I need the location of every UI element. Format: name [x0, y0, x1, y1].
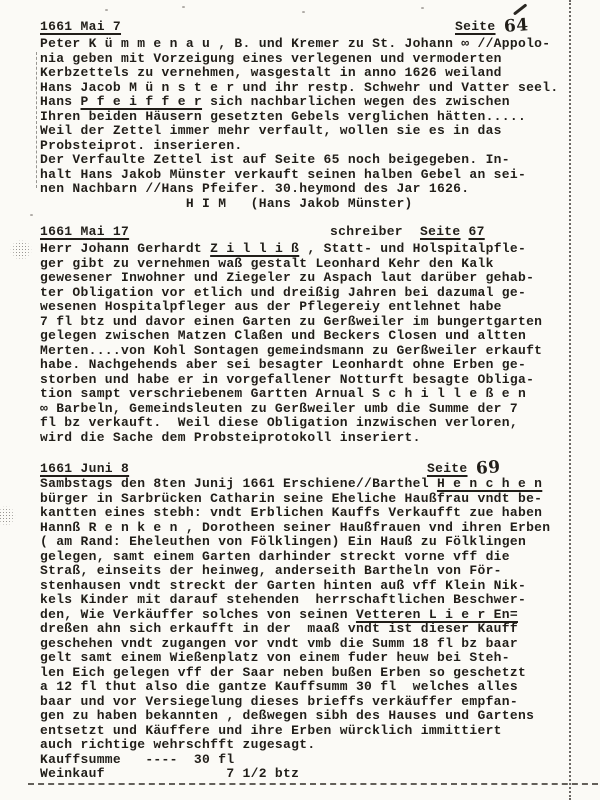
text-line: Merten....von Kohl Sontagen gemeindsmann…: [40, 344, 575, 359]
bottom-dashed-rule: [28, 783, 598, 785]
text-line: auch richtige wehrschfft zugesagt.: [40, 738, 575, 753]
entry-header: 1661 Mai 7 Seite64: [40, 19, 575, 37]
page-number-ref: Seite67: [420, 224, 485, 239]
text-segment: , Statt- und Holspitalpfle-: [299, 241, 526, 256]
text-line: 7 fl btz und davor einen Garten zu Gerßw…: [40, 315, 575, 330]
text-line: nen Nachbarn //Hans Pfeifer. 30.heymond …: [40, 182, 575, 197]
text-segment: Sambstags den 8ten Junij 1661 Erschiene/…: [40, 476, 437, 491]
text-line: wesenen Hospitalpfleger aus der Pflegere…: [40, 300, 575, 315]
underlined-name: Vetteren L i e r En=: [356, 607, 518, 622]
text-segment: Hans: [40, 94, 81, 109]
text-line: a 12 fl thut also die gantze Kauffsumm 3…: [40, 680, 575, 695]
page-ref-number-handwritten: 64: [503, 20, 528, 32]
text-line: habe. Nachgehends aber sei besagter Leon…: [40, 358, 575, 373]
text-line: nia geben mit Vorzeigung eines verlegene…: [40, 52, 575, 67]
text-line: kels Kinder mit darauf stehenden herrsch…: [40, 593, 575, 608]
text-line: den, Wie Verkäuffer solches von seinen V…: [40, 608, 575, 623]
text-line: ter Obligation vor etlich und dreißig Ja…: [40, 286, 575, 301]
entry-text: Sambstags den 8ten Junij 1661 Erschiene/…: [40, 477, 575, 782]
scan-speckle: [421, 7, 424, 9]
text-segment: sich nachbarlichen wegen des zwischen: [202, 94, 510, 109]
underlined-name: H e n c h e n: [437, 476, 542, 491]
text-line: Hans P f e i f f e r sich nachbarlichen …: [40, 95, 575, 110]
page-ref-number-handwritten: 69: [475, 462, 500, 474]
text-line: geschehen vndt zugangen vor vndt vmb die…: [40, 637, 575, 652]
text-line: Ihren beiden Häusern gesetzten Gebels ve…: [40, 110, 575, 125]
text-line: gelegen, samt einem Garten darhinder str…: [40, 550, 575, 565]
text-line: Peter K ü m m e n a u , B. und Kremer zu…: [40, 37, 575, 52]
text-line: Herr Johann Gerhardt Z i l l i ß , Statt…: [40, 242, 575, 257]
text-line: Kerbzettels zu vernehmen, wasgestalt in …: [40, 66, 575, 81]
text-line: kantten eines stebh: vndt Erblichen Kauf…: [40, 506, 575, 521]
text-line: baar und vor Versiegelung dieses brieffs…: [40, 695, 575, 710]
text-line: entsetzt und Käuffere und ihre Erben wür…: [40, 724, 575, 739]
text-segment: den, Wie Verkäuffer solches von seinen: [40, 607, 356, 622]
text-line: ( am Rand: Eheleuthen von Fölklingen) Ei…: [40, 535, 575, 550]
right-margin-dotted-line: [569, 0, 571, 800]
page-ref-number: 67: [469, 224, 485, 239]
text-line: gewesener Inwohner und Ziegeler zu Aspac…: [40, 271, 575, 286]
underlined-name: Z i l l i ß: [210, 241, 299, 256]
text-line: gen zu haben bekannten , deßwegen sibh d…: [40, 709, 575, 724]
entry-1661-juni-8: 1661 Juni 8 Seite69 Sambstags den 8ten J…: [40, 461, 575, 782]
scan-speckle: [105, 9, 108, 11]
underlined-name: P f e i f f e r: [81, 94, 203, 109]
page-ref-label: Seite: [427, 461, 468, 476]
text-segment: Herr Johann Gerhardt: [40, 241, 210, 256]
entry-1661-mai-17: 1661 Mai 17 schreiber Seite67 Herr Johan…: [40, 224, 575, 445]
text-line: Hannß R e n k e n , Dorotheen seiner Hau…: [40, 521, 575, 536]
text-line: H I M (Hans Jakob Münster): [40, 197, 575, 212]
text-line: gelt samt einem Wießenplatz von einem fu…: [40, 651, 575, 666]
text-line: wird die Sache dem Probsteiprotokoll ins…: [40, 431, 575, 446]
text-line: Hans Jacob M ü n s t e r und ihr restp. …: [40, 81, 575, 96]
text-line: halt Hans Jakob Münster verkauft seinen …: [40, 168, 575, 183]
entry-date: 1661 Mai 7: [40, 19, 121, 34]
text-line: Sambstags den 8ten Junij 1661 Erschiene/…: [40, 477, 575, 492]
scan-speckle: [302, 11, 305, 13]
entry-text: Peter K ü m m e n a u , B. und Kremer zu…: [40, 37, 575, 211]
page-number-ref: Seite64: [455, 19, 528, 34]
text-line: gelegen zwischen Matzen Claßen und Becke…: [40, 329, 575, 344]
text-line: fl bz verkauft. Weil diese Obligation in…: [40, 416, 575, 431]
text-line: ger gibt zu vernehmen waß gestalt Leonha…: [40, 257, 575, 272]
text-line: bürger in Sarbrücken Catharin seine Ehel…: [40, 492, 575, 507]
scanned-document-page: 1661 Mai 7 Seite64 Peter K ü m m e n a u…: [0, 0, 600, 800]
text-line: Kauffsumme ---- 30 fl: [40, 753, 575, 768]
text-line: ∞ Barbeln, Gemeindsleuten zu Gerßweiler …: [40, 402, 575, 417]
text-line: Der Verfaulte Zettel ist auf Seite 65 no…: [40, 153, 575, 168]
text-line: Weil der Zettel immer mehr verfault, wol…: [40, 124, 575, 139]
left-margin-dashed-line: [36, 52, 37, 188]
text-line: Weinkauf 7 1/2 btz: [40, 767, 575, 782]
entry-1661-mai-7: 1661 Mai 7 Seite64 Peter K ü m m e n a u…: [40, 19, 575, 211]
entry-header: 1661 Mai 17 schreiber Seite67: [40, 224, 575, 242]
scan-speckle: [30, 214, 33, 216]
entry-date: 1661 Mai 17: [40, 224, 129, 239]
text-line: len Eich gelegen vff der Saar neben buße…: [40, 666, 575, 681]
page-ref-label: Seite: [455, 19, 496, 34]
entry-date: 1661 Juni 8: [40, 461, 129, 476]
scan-stain: [0, 502, 19, 530]
scan-speckle: [182, 6, 185, 8]
entry-header: 1661 Juni 8 Seite69: [40, 461, 575, 477]
text-line: storben und habe er in vorgefallener Not…: [40, 373, 575, 388]
entry-text: Herr Johann Gerhardt Z i l l i ß , Statt…: [40, 242, 575, 445]
handwritten-mark: [513, 3, 527, 15]
text-line: tion sampt verschriebenem Gartten Arnual…: [40, 387, 575, 402]
text-line: Probsteiprot. inserieren.: [40, 139, 575, 154]
scan-stain: [6, 236, 36, 264]
text-line: stenhausen vndt streckt der Garten hinte…: [40, 579, 575, 594]
page-number-ref: Seite69: [427, 461, 500, 476]
page-ref-label: Seite: [420, 224, 461, 239]
text-line: Straß, einseits der heinweg, anderseith …: [40, 564, 575, 579]
scribe-label: schreiber: [330, 224, 403, 239]
text-line: dreßen ahn sich erkaufft in der maaß vnd…: [40, 622, 575, 637]
